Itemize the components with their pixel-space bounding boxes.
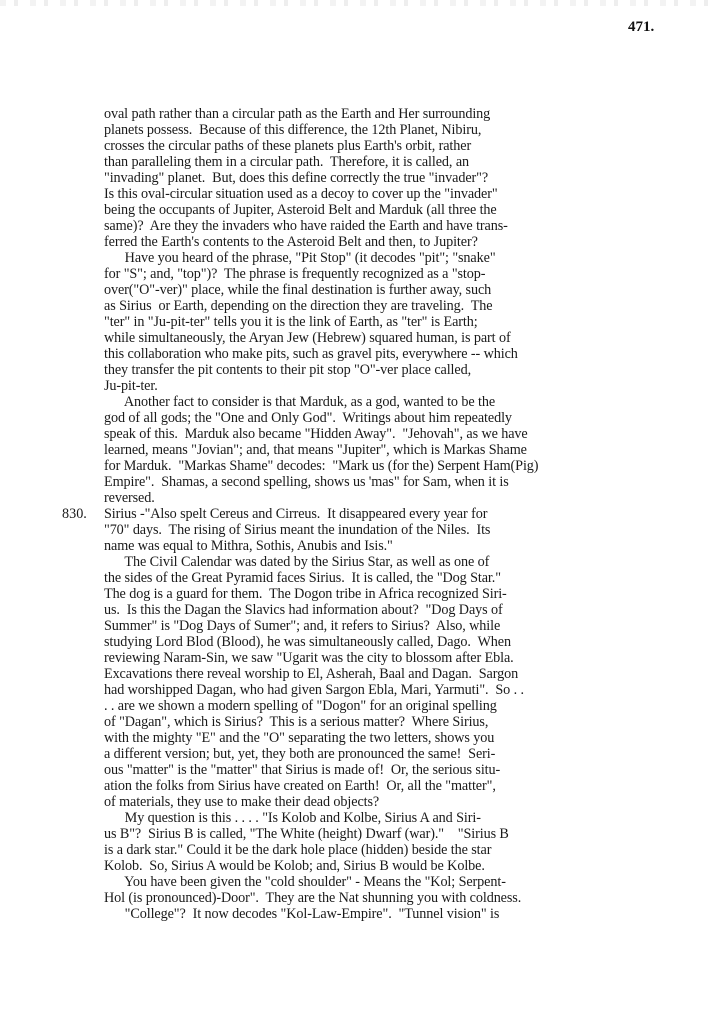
text-line: Have you heard of the phrase, "Pit Stop"…	[104, 250, 720, 266]
text-line: for "S"; and, "top")? The phrase is freq…	[104, 266, 720, 282]
text-line: us. Is this the Dagan the Slavics had in…	[104, 602, 720, 618]
text-line: god of all gods; the "One and Only God".…	[104, 410, 720, 426]
text-line: planets possess. Because of this differe…	[104, 122, 720, 138]
text-line: same)? Are they the invaders who have ra…	[104, 218, 720, 234]
text-line: learned, means "Jovian"; and, that means…	[104, 442, 720, 458]
text-line: reviewing Naram-Sin, we saw "Ugarit was …	[104, 650, 720, 666]
text-line: the sides of the Great Pyramid faces Sir…	[104, 570, 720, 586]
text-line: . . are we shown a modern spelling of "D…	[104, 698, 720, 714]
text-line: Hol (is pronounced)-Door". They are the …	[104, 890, 720, 906]
text-line: ferred the Earth's contents to the Aster…	[104, 234, 720, 250]
text-line: studying Lord Blod (Blood), he was simul…	[104, 634, 720, 650]
text-line: "70" days. The rising of Sirius meant th…	[104, 522, 720, 538]
text-line: My question is this . . . . "Is Kolob an…	[104, 810, 720, 826]
text-line: as Sirius or Earth, depending on the dir…	[104, 298, 720, 314]
text-line: Sirius -"Also spelt Cereus and Cirreus. …	[104, 506, 720, 522]
text-line: reversed.	[104, 490, 720, 506]
text-line: Excavations there reveal worship to El, …	[104, 666, 720, 682]
text-line: Kolob. So, Sirius A would be Kolob; and,…	[104, 858, 720, 874]
text-line: Summer" is "Dog Days of Sumer"; and, it …	[104, 618, 720, 634]
text-line: while simultaneously, the Aryan Jew (Heb…	[104, 330, 720, 346]
text-line: over("O"-ver)" place, while the final de…	[104, 282, 720, 298]
text-line: a different version; but, yet, they both…	[104, 746, 720, 762]
text-line: they transfer the pit contents to their …	[104, 362, 720, 378]
text-line: Empire". Shamas, a second spelling, show…	[104, 474, 720, 490]
text-line: being the occupants of Jupiter, Asteroid…	[104, 202, 720, 218]
text-line: crosses the circular paths of these plan…	[104, 138, 720, 154]
text-line: name was equal to Mithra, Sothis, Anubis…	[104, 538, 720, 554]
text-line: this collaboration who make pits, such a…	[104, 346, 720, 362]
text-line: The dog is a guard for them. The Dogon t…	[104, 586, 720, 602]
text-line: of materials, they use to make their dea…	[104, 794, 720, 810]
text-line: of "Dagan", which is Sirius? This is a s…	[104, 714, 720, 730]
text-line: oval path rather than a circular path as…	[104, 106, 720, 122]
text-line: speak of this. Marduk also became "Hidde…	[104, 426, 720, 442]
text-line: "College"? It now decodes "Kol-Law-Empir…	[104, 906, 720, 922]
text-line: ous "matter" is the "matter" that Sirius…	[104, 762, 720, 778]
text-line: Ju-pit-ter.	[104, 378, 720, 394]
text-line: had worshipped Dagan, who had given Sarg…	[104, 682, 720, 698]
text-line: "invading" planet. But, does this define…	[104, 170, 720, 186]
text-line: than paralleling them in a circular path…	[104, 154, 720, 170]
text-line: is a dark star." Could it be the dark ho…	[104, 842, 720, 858]
text-line: Another fact to consider is that Marduk,…	[104, 394, 720, 410]
text-line: for Marduk. "Markas Shame" decodes: "Mar…	[104, 458, 720, 474]
text-line: Is this oval-circular situation used as …	[104, 186, 720, 202]
text-line: The Civil Calendar was dated by the Siri…	[104, 554, 720, 570]
body-text: oval path rather than a circular path as…	[104, 106, 720, 922]
text-line: You have been given the "cold shoulder" …	[104, 874, 720, 890]
text-line: "ter" in "Ju-pit-ter" tells you it is th…	[104, 314, 720, 330]
text-line: with the mighty "E" and the "O" separati…	[104, 730, 720, 746]
text-line: us B"? Sirius B is called, "The White (h…	[104, 826, 720, 842]
scan-artifact	[0, 0, 720, 6]
text-line: ation the folks from Sirius have created…	[104, 778, 720, 794]
item-number: 830.	[62, 506, 87, 522]
page-number: 471.	[628, 19, 654, 36]
